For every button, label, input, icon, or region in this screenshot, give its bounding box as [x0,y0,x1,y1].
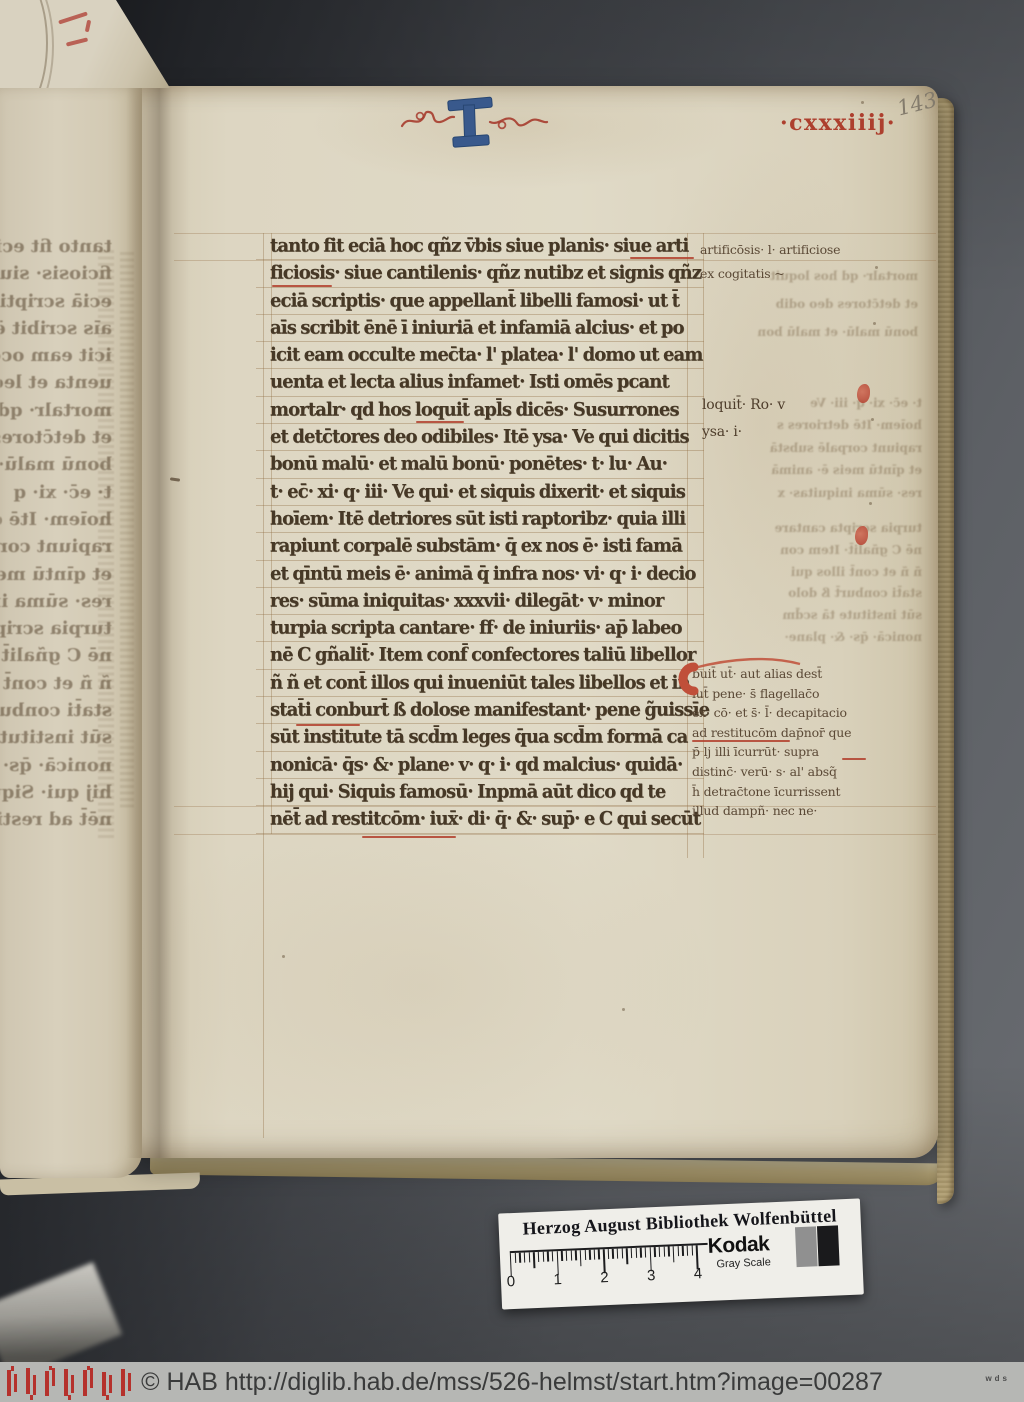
manuscript-text: sūt institute tā scd̄m leges q̄ua scd̄m … [256,723,704,751]
red-text-fragment [85,20,91,33]
manuscript-text-line: nēt̄ ad restitcōm· iux̄· di· q̄· &· sup̄… [256,806,704,833]
mirrored-text-line: nēt̄ ad resti [0,806,112,833]
red-text-fragment [58,11,88,24]
gloss-line: loquit̄· Ro· v [702,392,785,419]
page-edge-arc [0,0,54,88]
manuscript-text: et qīntū meis ē· animā q̄ infra nos· vi·… [256,559,704,587]
folio-number-roman: ·cxxxiiij· [780,110,896,136]
manuscript-text-line: sūt institute tā scd̄m leges q̄ua scd̄m … [256,724,704,751]
mirrored-text-line: nonicā· q̄s· [0,752,112,779]
mirrored-text-line: icit eam occu [0,342,112,369]
kodak-brand: Kodak [707,1232,770,1259]
main-text-block: tanto fit eciā hoc qñz v̄bis siue planis… [256,233,704,834]
manuscript-text: bonū malū· et malū bonū· ponētes· t· lu·… [256,450,704,478]
manuscript-text-line: stat̄i conburt̄ ß dolose manifestant· pe… [256,697,704,724]
manuscript-text: turpia scripta cantare· ff· de iniuriis·… [256,614,704,642]
gloss-line: distinc̄· verū· s· al' absq̃ [692,762,851,782]
ruler-number: 3 [647,1267,656,1284]
manuscript-text: hoīem· Itē detriores sūt isti raptoribz·… [256,505,704,533]
gloss-line: ex· cō· et s̄· l̄· decapitacio [692,703,851,723]
ruler-number: 4 [694,1265,703,1282]
caption-bar: © HAB http://diglib.hab.de/mss/526-helms… [0,1362,1024,1402]
manuscript-text-line: turpia scripta cantare· ff· de iniuriis·… [256,615,704,642]
mirrored-text-line: res· sūma ini [0,588,112,615]
ruler-number: 1 [553,1271,562,1288]
red-paragraph-mark [668,652,808,696]
mirrored-ink-offset: tanto fit ecificiosis· siueciā scriptisa… [0,233,112,834]
manuscript-text: ficiosis· siue cantilenis· qñz nutibz et… [256,259,704,287]
black-patch [817,1225,840,1266]
manuscript-text-line: ñ ñ et cont̄ illos qui inueniūt tales li… [256,670,704,697]
manuscript-text: t· ec̄· xi· q· iii· Ve qui· et siquis di… [256,478,704,506]
manuscript-text: ñ ñ et cont̄ illos qui inueniūt tales li… [256,669,704,697]
mirrored-text-line: sūt institute [0,724,112,751]
decorated-initial [398,94,554,154]
manuscript-text: nē C gñalit̄· Item conf̄ confectores tal… [256,641,704,669]
manuscript-text-line: hij qui· Siquis famosū· Inpmā aūt dico q… [256,779,704,806]
manuscript-text-line: bonū malū· et malū bonū· ponētes· t· lu·… [256,451,704,478]
ruler-number: 0 [506,1273,515,1290]
manuscript-text: rapiunt corpalē substām· q̄ ex nos ē· is… [256,532,704,560]
mirrored-text-line: et qīntū meis [0,561,112,588]
manuscript-text: stat̄i conburt̄ ß dolose manifestant· pe… [256,696,704,724]
ruler-card: Herzog August Bibliothek Wolfenbüttel 01… [498,1198,864,1309]
manuscript-text-line: icit eam occulte mec̄ta· l' platea· l' d… [256,342,704,369]
manuscript-text-line: eciā scriptis· que appellant̄ libelli fa… [256,288,704,315]
mirrored-text-line: hoīem· Itē de [0,506,112,533]
showthrough-column [98,250,114,840]
red-text-fragment [66,37,88,46]
gloss-line: artificōsis· l· artificiose [700,238,840,262]
gloss-line: h̄ detrac̄tone īcurrissent [692,782,851,802]
ruler-number: 2 [600,1269,609,1286]
gray-patch [795,1226,818,1267]
red-underline [362,836,456,838]
corner-mark: wds [985,1374,1010,1383]
manuscript-text-line: res· sūma iniquitas· xxxvii· dilegāt· v·… [256,588,704,615]
mirrored-text-line: bonū malū· et [0,451,112,478]
gloss-line: ysa· i· [702,419,785,446]
mirrored-text-line: rapiunt corpa [0,533,112,560]
book-fore-edge [937,98,954,1204]
manuscript-text-line: nē C gñalit̄· Item conf̄ confectores tal… [256,642,704,669]
mirrored-text-line: et detc̄tores [0,424,112,451]
manuscript-text-line: tanto fit eciā hoc qñz v̄bis siue planis… [256,233,704,260]
copyright-caption: © HAB http://diglib.hab.de/mss/526-helms… [0,1362,1024,1402]
ink-speck [875,266,878,269]
ink-speck [869,502,872,505]
manuscript-text-line: t· ec̄· xi· q· iii· Ve qui· et siquis di… [256,479,704,506]
manuscript-text-line: nonicā· q̄s· &· plane· v· q· i· qd malci… [256,752,704,779]
manuscript-text: res· sūma iniquitas· xxxvii· dilegāt· v·… [256,587,704,615]
gray-scale-label: Gray Scale [716,1256,771,1270]
ruler-ticks [510,1243,709,1279]
manuscript-text: hij qui· Siquis famosū· Inpmā aūt dico q… [256,778,704,806]
gloss-line: illud dampñ· nec ne· [692,801,851,821]
manuscript-text-line: hoīem· Itē detriores sūt isti raptoribz·… [256,506,704,533]
gloss-line: ad restitucōm dap̄nor̄ que [692,723,851,743]
manuscript-text: aīs scribit ēnē ī iniuriā et infamiā alc… [256,314,704,342]
ink-speck [861,101,864,104]
mirrored-text-line: tanto fit eci [0,233,112,260]
gloss-line: ex cogitatis ~ [700,262,840,286]
gloss-line: p̄ lj illi īcurrūt· supra [692,742,851,762]
mirrored-text-line: ficiosis· siu [0,260,112,287]
ruling-line-horizontal [174,834,936,835]
margin-gloss-middle: loquit̄· Ro· vysa· i· [702,392,785,446]
manuscript-text: mortalr· qd hos loquit̄ apl̄s dicēs· Sus… [256,396,704,424]
mirrored-text-line: mortalr· qd h [0,397,112,424]
manuscript-text-line: aīs scribit ēnē ī iniuriā et infamiā alc… [256,315,704,342]
manuscript-text: icit eam occulte mec̄ta· l' platea· l' d… [256,341,704,369]
mirrored-text-line: t· ec̄· xi· q [0,479,112,506]
manuscript-text-line: mortalr· qd hos loquit̄ apl̄s dicēs· Sus… [256,397,704,424]
manuscript-text: tanto fit eciā hoc qñz v̄bis siue planis… [256,232,704,260]
manuscript-text: uenta et lecta alius infamet· Isti omēs … [256,368,704,396]
mirrored-text-line: turpia script [0,615,112,642]
manuscript-text-line: rapiunt corpalē substām· q̄ ex nos ē· is… [256,533,704,560]
mirrored-text-line: nē C gñalit̄· [0,642,112,669]
manuscript-text-line: uenta et lecta alius infamet· Isti omēs … [256,369,704,396]
manuscript-text: et detc̄tores deo odibiles· Itē ysa· Ve … [256,423,704,451]
ink-speck [871,418,874,421]
mirrored-text-line: ñ ñ et cont̄ [0,670,112,697]
ink-speck [622,1008,625,1011]
manuscript-text-line: ficiosis· siue cantilenis· qñz nutibz et… [256,260,704,287]
manuscript-text-line: et detc̄tores deo odibiles· Itē ysa· Ve … [256,424,704,451]
mirrored-text-line: uenta et lect [0,369,112,396]
manuscript-text: eciā scriptis· que appellant̄ libelli fa… [256,287,704,315]
margin-gloss-top: artificōsis· l· artificioseex cogitatis … [700,238,840,286]
mirrored-text-line: hij qui· Siqu [0,779,112,806]
showthrough-column [120,252,134,808]
manuscript-text-line: et qīntū meis ē· animā q̄ infra nos· vi·… [256,561,704,588]
mirrored-text-line: aīs scribit ē [0,315,112,342]
mirrored-text-line: eciā scriptis [0,288,112,315]
mirrored-text-line: stat̄i conbur [0,697,112,724]
manuscript-text: nonicā· q̄s· &· plane· v· q· i· qd malci… [256,751,704,779]
ink-speck [282,955,285,958]
manuscript-text: nēt̄ ad restitcōm· iux̄· di· q̄· &· sup̄… [256,805,704,833]
ink-speck [873,322,876,325]
